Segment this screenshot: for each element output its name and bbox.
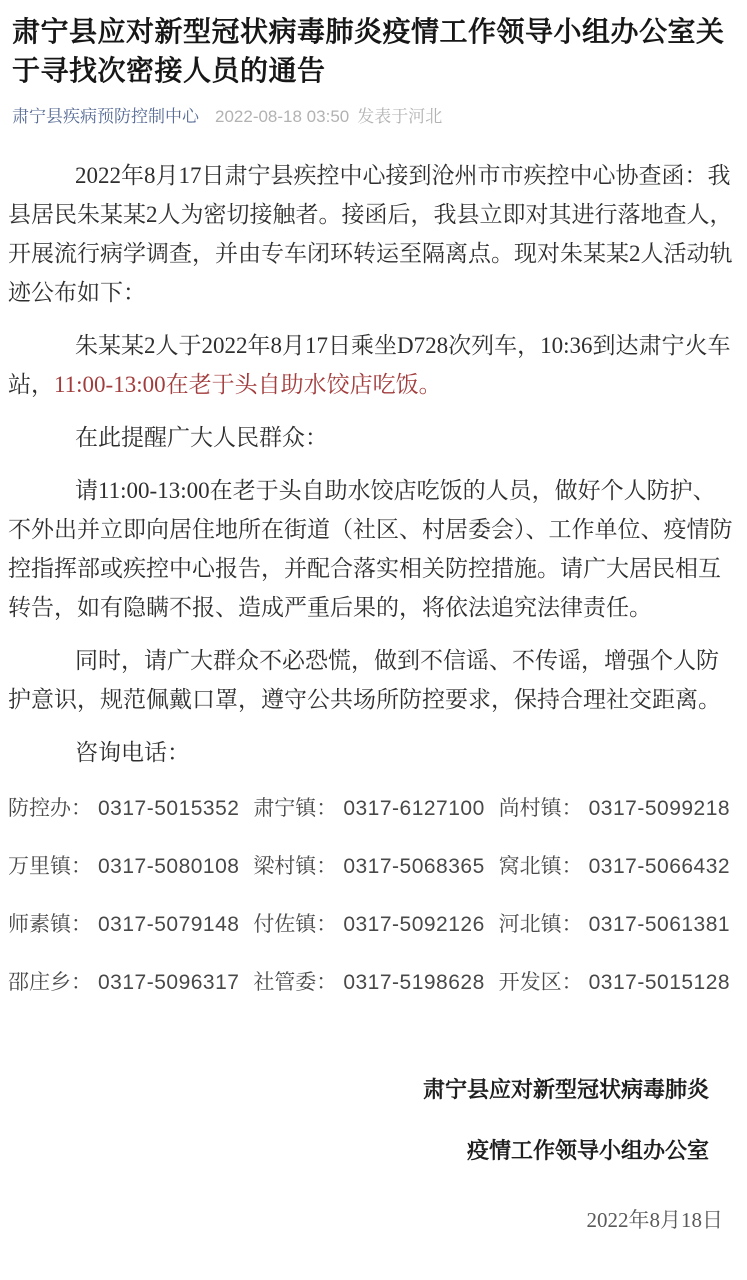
hotline-entry: 梁村镇：0317-5068365	[253, 855, 484, 878]
signature-block: 肃宁县应对新型冠状病毒肺炎 疫情工作领导小组办公室 2022年8月18日	[8, 1075, 735, 1240]
hotline-number: 0317-5080108	[98, 855, 239, 878]
paragraph-reminder-heading: 在此提醒广大人民群众：	[8, 418, 735, 457]
hotline-entry: 万里镇：0317-5080108	[8, 855, 239, 878]
account-link[interactable]: 肃宁县疾病预防控制中心	[12, 107, 199, 126]
article-title: 肃宁县应对新型冠状病毒肺炎疫情工作领导小组办公室关于寻找次密接人员的通告	[12, 12, 733, 90]
hotline-row-2: 万里镇：0317-5080108 梁村镇：0317-5068365 窝北镇：03…	[8, 852, 735, 881]
hotline-label: 防控办：	[8, 797, 92, 820]
hotline-entry: 防控办：0317-5015352	[8, 797, 239, 820]
paragraph-instructions: 请11:00-13:00在老于头自助水饺店吃饭的人员，做好个人防护、不外出并立即…	[8, 471, 735, 627]
article-body: 2022年8月17日肃宁县疾控中心接到沧州市市疾控中心协查函：我县居民朱某某2人…	[8, 156, 735, 1240]
hotline-entry: 社管委：0317-5198628	[253, 971, 484, 994]
publish-location: 发表于河北	[357, 107, 442, 126]
paragraph-no-panic: 同时，请广大群众不必恐慌，做到不信谣、不传谣，增强个人防护意识，规范佩戴口罩，遵…	[8, 641, 735, 719]
hotline-label: 付佐镇：	[253, 913, 337, 936]
hotline-entry: 开发区：0317-5015128	[499, 971, 730, 994]
signature-org-line-2: 疫情工作领导小组办公室	[8, 1136, 709, 1166]
hotline-number: 0317-6127100	[343, 797, 484, 820]
notice-article: 肃宁县应对新型冠状病毒肺炎疫情工作领导小组办公室关于寻找次密接人员的通告 肃宁县…	[0, 0, 747, 1270]
hotline-label: 梁村镇：	[253, 855, 337, 878]
hotline-number: 0317-5066432	[589, 855, 730, 878]
hotline-entry: 窝北镇：0317-5066432	[499, 855, 730, 878]
hotline-number: 0317-5092126	[343, 913, 484, 936]
hotline-entry: 尚村镇：0317-5099218	[499, 797, 730, 820]
trajectory-highlight-red: 11:00-13:00在老于头自助水饺店吃饭。	[54, 372, 442, 397]
signature-org-line-1: 肃宁县应对新型冠状病毒肺炎	[8, 1075, 709, 1105]
hotline-row-4: 邵庄乡：0317-5096317 社管委：0317-5198628 开发区：03…	[8, 968, 735, 997]
hotline-list: 防控办：0317-5015352 肃宁镇：0317-6127100 尚村镇：03…	[8, 794, 735, 997]
paragraph-trajectory: 朱某某2人于2022年8月17日乘坐D728次列车，10:36到达肃宁火车站，1…	[8, 326, 735, 404]
hotline-label: 河北镇：	[499, 913, 583, 936]
paragraph-hotline-heading: 咨询电话：	[8, 733, 735, 772]
hotline-label: 师素镇：	[8, 913, 92, 936]
hotline-entry: 邵庄乡：0317-5096317	[8, 971, 239, 994]
hotline-label: 社管委：	[253, 971, 337, 994]
hotline-number: 0317-5061381	[589, 913, 730, 936]
hotline-label: 尚村镇：	[499, 797, 583, 820]
hotline-label: 窝北镇：	[499, 855, 583, 878]
hotline-number: 0317-5096317	[98, 971, 239, 994]
hotline-row-1: 防控办：0317-5015352 肃宁镇：0317-6127100 尚村镇：03…	[8, 794, 735, 823]
hotline-label: 邵庄乡：	[8, 971, 92, 994]
article-meta: 肃宁县疾病预防控制中心2022-08-18 03:50发表于河北	[12, 105, 733, 128]
hotline-label: 开发区：	[499, 971, 583, 994]
hotline-entry: 师素镇：0317-5079148	[8, 913, 239, 936]
hotline-number: 0317-5068365	[343, 855, 484, 878]
hotline-number: 0317-5198628	[343, 971, 484, 994]
publish-timestamp: 2022-08-18 03:50	[215, 107, 349, 126]
hotline-number: 0317-5015352	[98, 797, 239, 820]
hotline-row-3: 师素镇：0317-5079148 付佐镇：0317-5092126 河北镇：03…	[8, 910, 735, 939]
hotline-entry: 肃宁镇：0317-6127100	[253, 797, 484, 820]
hotline-number: 0317-5079148	[98, 913, 239, 936]
hotline-number: 0317-5015128	[589, 971, 730, 994]
hotline-label: 万里镇：	[8, 855, 92, 878]
hotline-number: 0317-5099218	[589, 797, 730, 820]
hotline-label: 肃宁镇：	[253, 797, 337, 820]
hotline-entry: 付佐镇：0317-5092126	[253, 913, 484, 936]
signature-date: 2022年8月18日	[8, 1201, 723, 1240]
paragraph-case-intro: 2022年8月17日肃宁县疾控中心接到沧州市市疾控中心协查函：我县居民朱某某2人…	[8, 156, 735, 312]
hotline-entry: 河北镇：0317-5061381	[499, 913, 730, 936]
